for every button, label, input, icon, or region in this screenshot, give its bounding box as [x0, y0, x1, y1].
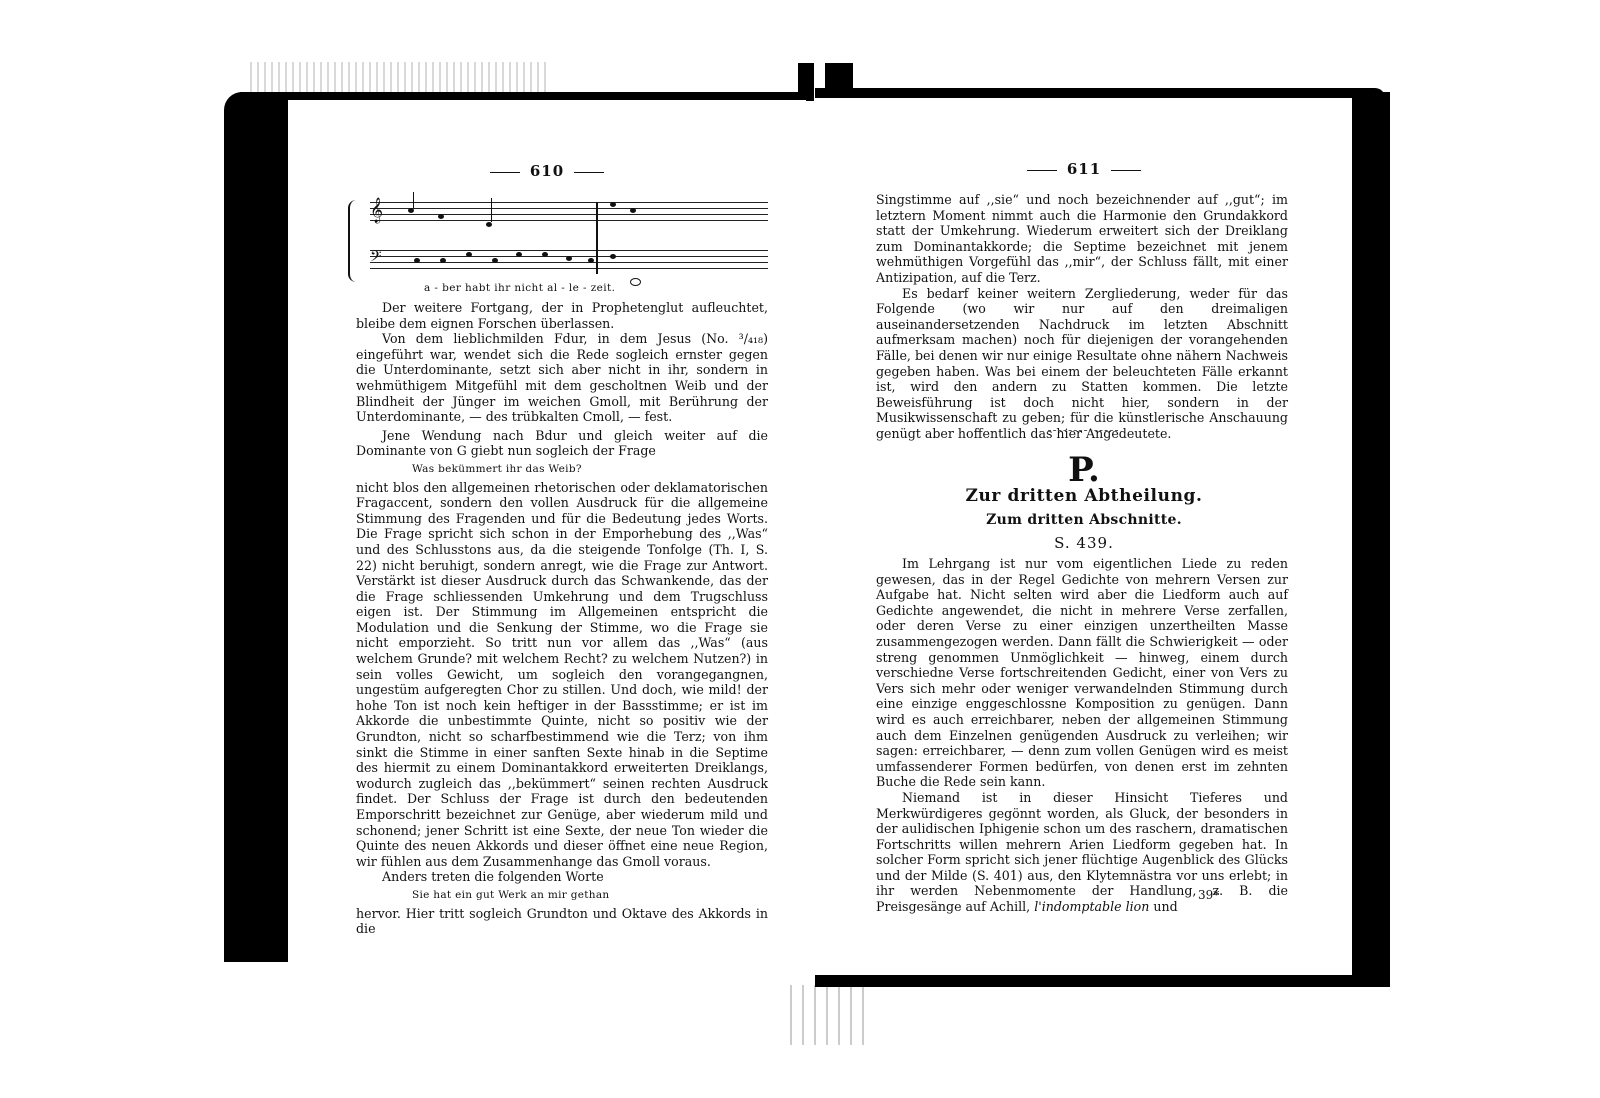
scan-right-border — [1352, 92, 1390, 984]
paragraph: Anders treten die folgenden Worte — [356, 869, 768, 885]
section-subtitle: Zum dritten Abschnitte. — [818, 512, 1350, 528]
paragraph: Es bedarf keiner weitern Zergliederung, … — [876, 286, 1288, 442]
paragraph: Von dem lieblichmilden Fdur, in dem Jesu… — [356, 331, 768, 425]
page-number-left: 610 — [288, 162, 806, 180]
right-body-text-top: Singstimme auf ,,sie“ und noch bezeichne… — [876, 192, 1288, 442]
scan-gutter-mark — [798, 63, 814, 101]
note-icon — [486, 222, 492, 227]
music-lyrics: a - ber habt ihr nicht al - le - zeit. — [424, 282, 615, 294]
folio-dash — [574, 172, 604, 173]
note-icon — [414, 258, 420, 263]
whole-note-icon — [630, 278, 641, 286]
music-example: 𝄞 𝄢 a - ber habt ihr nicht al - le - zei… — [348, 194, 768, 294]
note-icon — [588, 258, 594, 263]
note-icon — [542, 252, 548, 257]
note-icon — [610, 254, 616, 259]
quoted-lyric: Sie hat ein gut Werk an mir gethan — [356, 888, 768, 904]
signature-mark: 39* — [1198, 888, 1219, 902]
note-icon — [516, 252, 522, 257]
paragraph-tail: und — [1149, 899, 1177, 914]
right-page: 611 Singstimme auf ,,sie“ und noch bezei… — [818, 98, 1350, 974]
brace-icon — [348, 200, 360, 282]
scan-noise — [250, 62, 550, 92]
section-title: Zur dritten Abtheilung. — [818, 486, 1350, 506]
paragraph: hervor. Hier tritt sogleich Grundton und… — [356, 906, 768, 937]
section-divider — [1048, 430, 1118, 431]
treble-staff — [370, 202, 768, 226]
bass-clef-icon: 𝄢 — [370, 248, 382, 270]
section-letter: P. — [818, 452, 1350, 488]
note-icon — [438, 214, 444, 219]
page-number-right: 611 — [818, 160, 1350, 178]
note-icon — [610, 202, 616, 207]
paragraph: nicht blos den allgemeinen rhetorischen … — [356, 480, 768, 870]
barline — [596, 202, 598, 274]
scan-left-border — [224, 92, 288, 962]
left-page: 610 𝄞 𝄢 a - ber habt ihr nicht al - le -… — [288, 100, 806, 980]
note-icon — [566, 256, 572, 261]
scan-bottom-border — [815, 975, 1390, 987]
paragraph: Im Lehrgang ist nur vom eigentlichen Lie… — [876, 556, 1288, 790]
paragraph: Der weitere Fortgang, der in Prophetengl… — [356, 300, 768, 331]
note-icon — [492, 258, 498, 263]
bass-staff — [370, 250, 768, 274]
scan-top-border-right — [815, 88, 1385, 98]
paragraph: Singstimme auf ,,sie“ und noch bezeichne… — [876, 192, 1288, 286]
folio-number: 611 — [1067, 160, 1101, 178]
note-icon — [440, 258, 446, 263]
paragraph: Jene Wendung nach Bdur und gleich weiter… — [356, 428, 768, 459]
note-icon — [408, 208, 414, 213]
italic-quote: l'indomptable lion — [1034, 899, 1149, 914]
folio-dash — [490, 172, 520, 173]
paragraph-text: Niemand ist in dieser Hinsicht Tieferes … — [876, 790, 1288, 914]
left-body-text: Der weitere Fortgang, der in Prophetengl… — [356, 300, 768, 937]
scan-top-border-left — [240, 92, 800, 100]
treble-clef-icon: 𝄞 — [370, 200, 383, 222]
note-stem — [491, 198, 492, 222]
folio-number: 610 — [530, 162, 564, 180]
scan-noise — [790, 985, 870, 1045]
quoted-lyric: Was bekümmert ihr das Weib? — [356, 462, 768, 478]
paragraph: Niemand ist in dieser Hinsicht Tieferes … — [876, 790, 1288, 915]
right-body-text-bottom: Im Lehrgang ist nur vom eigentlichen Lie… — [876, 556, 1288, 915]
section-reference: S. 439. — [818, 534, 1350, 552]
note-stem — [413, 192, 414, 208]
folio-dash — [1111, 170, 1141, 171]
note-icon — [466, 252, 472, 257]
note-icon — [630, 208, 636, 213]
folio-dash — [1027, 170, 1057, 171]
